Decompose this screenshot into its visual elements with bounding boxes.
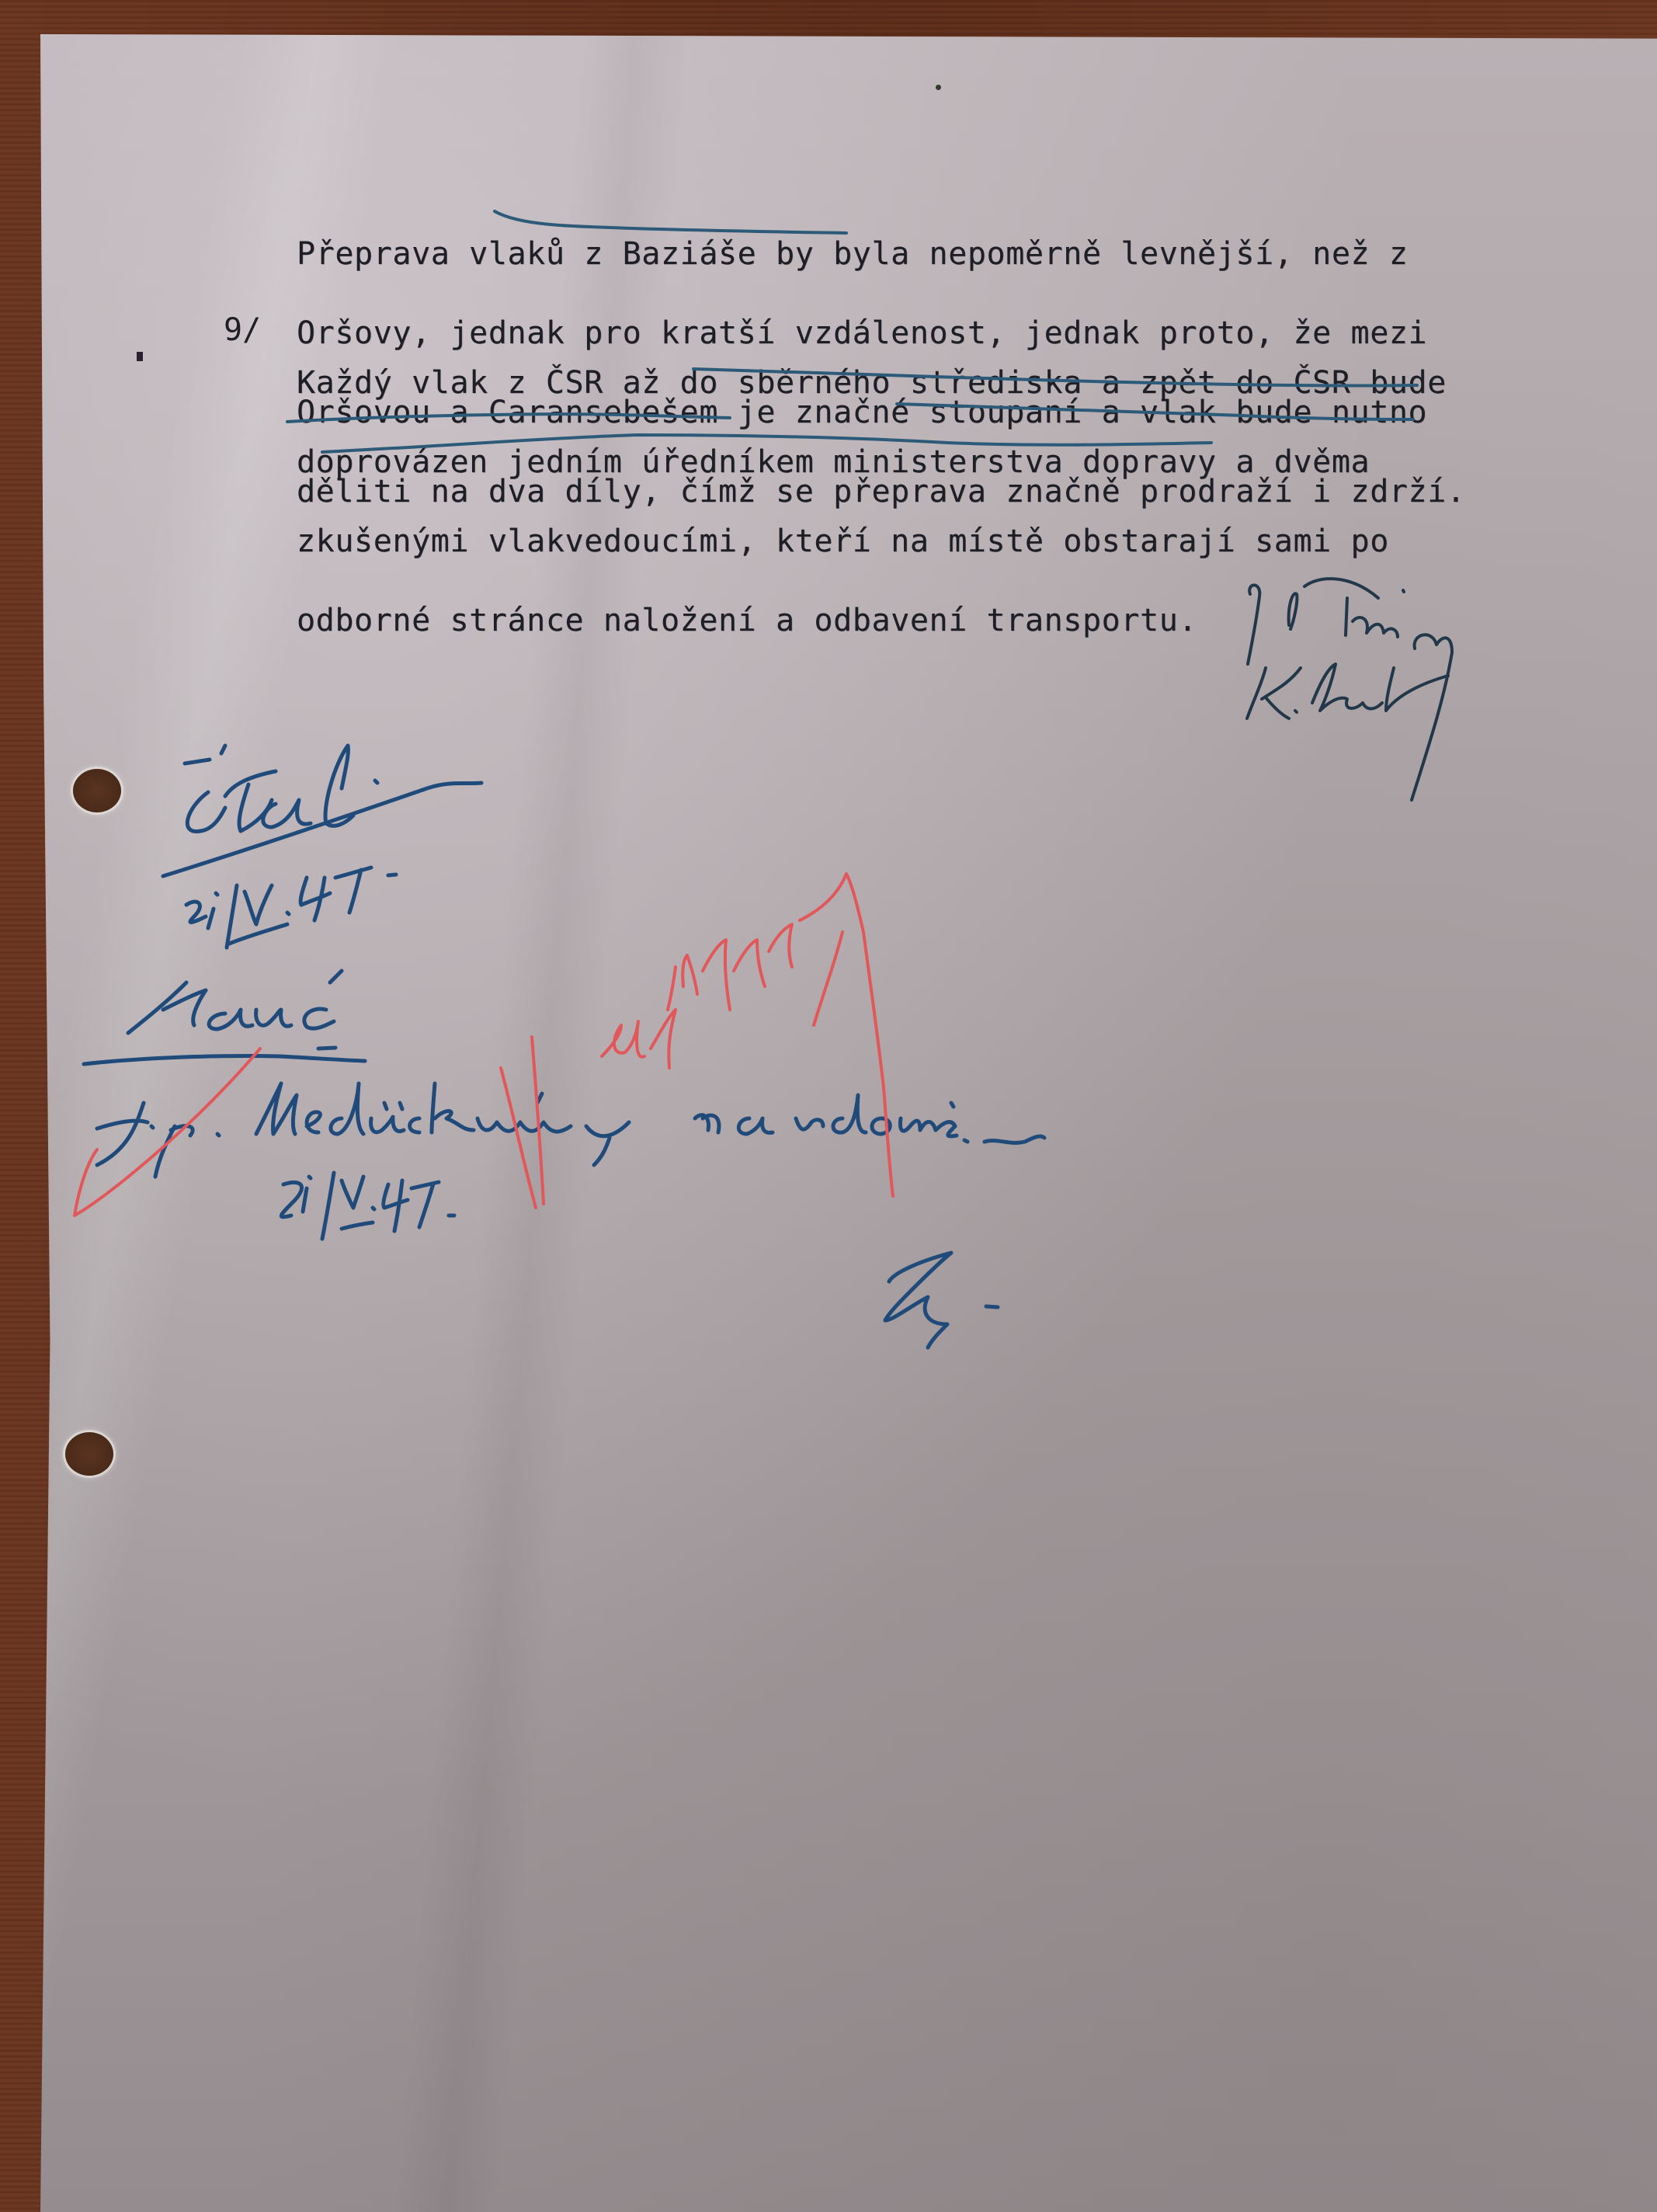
typed-line: Přeprava vlaků z Baziáše by byla nepoměr…: [297, 241, 1466, 267]
punch-hole-bottom: [65, 1432, 113, 1476]
staple-mark: [137, 352, 143, 361]
typed-line: Každý vlak z ČSR až do sběrného středisk…: [297, 370, 1447, 396]
punch-hole-top: [73, 769, 121, 812]
speck: [936, 85, 941, 90]
item-number-9: 9/: [224, 317, 261, 343]
typed-line: zkušenými vlakvedoucími, kteří na místě …: [297, 528, 1447, 555]
typed-line: odborné stránce naložení a odbavení tran…: [297, 607, 1447, 634]
typed-line: doprovázen jedním úředníkem ministerstva…: [297, 449, 1447, 475]
typed-item-9: Každý vlak z ČSR až do sběrného středisk…: [297, 317, 1447, 660]
